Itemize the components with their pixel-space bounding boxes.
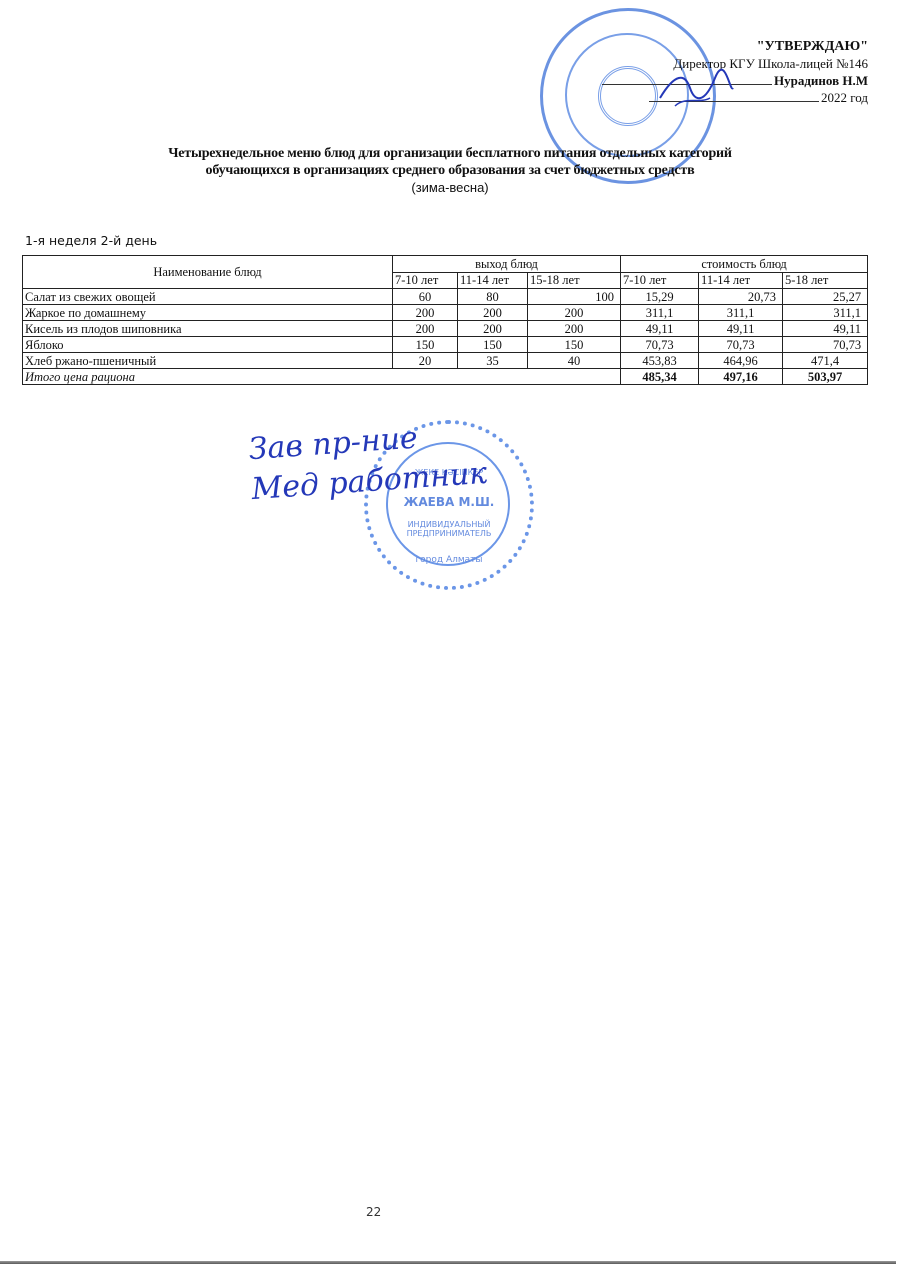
column-header-cost: стоимость блюд — [621, 256, 868, 273]
cost-value: 49,11 — [699, 321, 783, 337]
yield-value: 200 — [393, 321, 458, 337]
dish-name: Кисель из плодов шиповника — [23, 321, 393, 337]
heading-season: (зима-весна) — [0, 179, 900, 196]
cost-value: 70,73 — [783, 337, 868, 353]
total-cost: 497,16 — [699, 369, 783, 385]
heading-line-1: Четырехнедельное меню блюд для организац… — [0, 145, 900, 162]
cost-value: 20,73 — [699, 289, 783, 305]
cost-value: 70,73 — [699, 337, 783, 353]
total-cost: 485,34 — [621, 369, 699, 385]
yield-value: 200 — [458, 321, 528, 337]
total-label: Итого цена рациона — [23, 369, 621, 385]
total-cost: 503,97 — [783, 369, 868, 385]
cost-value: 25,27 — [783, 289, 868, 305]
approver-position: Директор КГУ Школа-лицей №146 — [602, 55, 868, 72]
dish-name: Яблоко — [23, 337, 393, 353]
table-row: Хлеб ржано-пшеничный 20 35 40 453,83 464… — [23, 353, 868, 369]
cost-value: 49,11 — [783, 321, 868, 337]
yield-value: 100 — [528, 289, 621, 305]
handwritten-signatures: Зав пр-ние Мед работник — [247, 414, 488, 510]
cost-value: 70,73 — [621, 337, 699, 353]
menu-table: Наименование блюд выход блюд стоимость б… — [22, 255, 868, 385]
cost-value: 49,11 — [621, 321, 699, 337]
yield-value: 20 — [393, 353, 458, 369]
total-row: Итого цена рациона 485,34 497,16 503,97 — [23, 369, 868, 385]
yield-value: 200 — [458, 305, 528, 321]
yield-age-group: 15-18 лет — [528, 272, 621, 289]
yield-value: 40 — [528, 353, 621, 369]
dish-name: Салат из свежих овощей — [23, 289, 393, 305]
week-day-label: 1-я неделя 2-й день — [25, 233, 157, 248]
column-header-dish-name: Наименование блюд — [23, 256, 393, 289]
cost-age-group: 11-14 лет — [699, 272, 783, 289]
table-row: Яблоко 150 150 150 70,73 70,73 70,73 — [23, 337, 868, 353]
cost-age-group: 7-10 лет — [621, 272, 699, 289]
scan-edge-divider — [0, 1261, 896, 1264]
director-signature-icon — [655, 68, 735, 108]
yield-value: 150 — [393, 337, 458, 353]
cost-value: 464,96 — [699, 353, 783, 369]
page-number: 22 — [366, 1205, 381, 1219]
approval-title: "УТВЕРЖДАЮ" — [602, 38, 868, 55]
column-header-yield: выход блюд — [393, 256, 621, 273]
yield-value: 60 — [393, 289, 458, 305]
heading-line-2: обучающихся в организациях среднего обра… — [0, 162, 900, 179]
yield-value: 80 — [458, 289, 528, 305]
cost-value: 311,1 — [783, 305, 868, 321]
cost-value: 453,83 — [621, 353, 699, 369]
dish-name: Жаркое по домашнему — [23, 305, 393, 321]
stamp-text: город Алматы — [368, 556, 530, 565]
yield-value: 200 — [528, 321, 621, 337]
table-row: Салат из свежих овощей 60 80 100 15,29 2… — [23, 289, 868, 305]
approver-name: Нурадинов Н.М — [774, 73, 868, 88]
yield-value: 200 — [528, 305, 621, 321]
yield-age-group: 11-14 лет — [458, 272, 528, 289]
dish-name: Хлеб ржано-пшеничный — [23, 353, 393, 369]
yield-value: 150 — [458, 337, 528, 353]
table-row: Кисель из плодов шиповника 200 200 200 4… — [23, 321, 868, 337]
cost-value: 311,1 — [699, 305, 783, 321]
approval-year: 2022 год — [821, 90, 868, 105]
document-heading: Четырехнедельное меню блюд для организац… — [0, 145, 900, 196]
yield-value: 200 — [393, 305, 458, 321]
yield-value: 35 — [458, 353, 528, 369]
approval-block: "УТВЕРЖДАЮ" Директор КГУ Школа-лицей №14… — [602, 38, 868, 106]
yield-age-group: 7-10 лет — [393, 272, 458, 289]
cost-value: 311,1 — [621, 305, 699, 321]
cost-value: 471,4 — [783, 353, 868, 369]
yield-value: 150 — [528, 337, 621, 353]
table-row: Жаркое по домашнему 200 200 200 311,1 31… — [23, 305, 868, 321]
cost-value: 15,29 — [621, 289, 699, 305]
stamp-text: ИНДИВИДУАЛЬНЫЙ ПРЕДПРИНИМАТЕЛЬ — [368, 520, 530, 538]
cost-age-group: 5-18 лет — [783, 272, 868, 289]
